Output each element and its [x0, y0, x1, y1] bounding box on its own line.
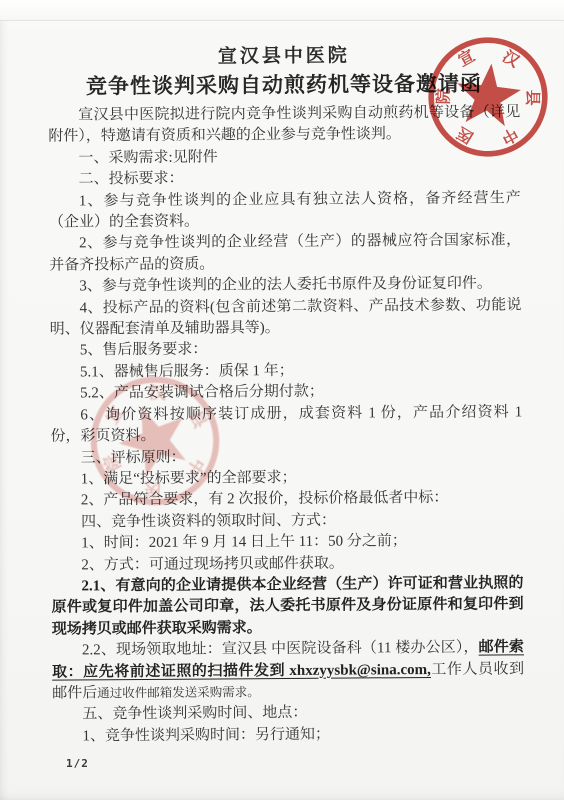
document-body: 宣汉县中医院拟进行院内竞争性谈判采购自动煎药机等设备（详见附件），特邀请有资质和… [48, 102, 524, 747]
document-subtitle: 竞争性谈判采购自动煎药机等设备邀请函 [48, 68, 520, 101]
scanned-page: 宣汉县中医院 竞争性谈判采购自动煎药机等设备邀请函 宣汉县中医院拟进行院内竞争性… [0, 0, 564, 800]
paragraph: 宣汉县中医院拟进行院内竞争性谈判采购自动煎药机等设备（详见附件），特邀请有资质和… [48, 102, 520, 148]
document: 宣汉县中医院 竞争性谈判采购自动煎药机等设备邀请函 宣汉县中医院拟进行院内竞争性… [0, 0, 564, 748]
text-run: 二、投标要求： [79, 171, 184, 188]
text-run: 通过收件邮箱发送采购需求。 [97, 685, 260, 700]
text-run: 5.2、产品安装调试合格后分期付款； [80, 384, 324, 402]
text-run: 一、采购需求:见附件 [78, 149, 217, 166]
text-run: 5.1、器械售后服务：质保 1 年； [80, 363, 294, 380]
paragraph: 1、竞争性谈判采购时间：另行通知； [52, 723, 524, 748]
text-run: 6、询价资料按顺序装订成册，成套资料 1 份，产品介绍资料 1 份，彩页资料。 [50, 404, 522, 445]
text-run: 五、竞争性谈判采购时间、地点： [82, 705, 307, 723]
paragraph: 2.1、有意向的企业请提供本企业经营（生产）许可证和营业执照的原件或复印件加盖公… [51, 573, 523, 641]
document-title: 宣汉县中医院 [48, 42, 520, 71]
paragraph: 6、询价资料按顺序装订成册，成套资料 1 份，产品介绍资料 1 份，彩页资料。 [50, 402, 522, 448]
text-run: 4、投标产品的资料(包含前述第二款资料、产品技术参数、功能说明、仪器配套清单及辅… [50, 297, 522, 338]
paragraph: 1、参与竞争性谈判的企业应具有独立法人资格，备齐经营生产（企业）的全套资料。 [49, 188, 521, 234]
text-run: 1、满足“投标要求”的全部要求； [81, 470, 297, 488]
text-run: 2、产品符合要求，有 2 次报价，投标价格最低者中标： [81, 490, 449, 509]
page-number: 1/2 [66, 757, 89, 770]
paragraph: 2.2、现场领取地址：宣汉县 中医院设备科（11 楼办公区），邮件索取：应先将前… [52, 637, 524, 705]
text-run: 3、参与竞争性谈判的企业的法人委托书原件及身份证复印件。 [79, 276, 492, 295]
text-run: 1、竞争性谈判采购时间：另行通知； [82, 726, 330, 744]
text-run: 2、参与竞争性谈判的企业经营（生产）的器械应符合国家标准，并备齐投标产品的资质。 [49, 233, 521, 274]
paragraph: 3、参与竞争性谈判的企业的法人委托书原件及身份证复印件。 [49, 274, 521, 299]
paragraph: 2、参与竞争性谈判的企业经营（生产）的器械应符合国家标准，并备齐投标产品的资质。 [49, 231, 521, 277]
text-run: 5、售后服务要求： [80, 342, 208, 359]
text-run: 2、方式：可通过现场拷贝或邮件获取。 [81, 555, 344, 573]
text-run: 1、时间：2021 年 9 月 14 日上午 11：50 分之前； [81, 533, 407, 551]
text-run: 2.1、有意向的企业请提供本企业经营（生产）许可证和营业执照的原件或复印件加盖公… [52, 575, 524, 637]
paragraph: 4、投标产品的资料(包含前述第二款资料、产品技术参数、功能说明、仪器配套清单及辅… [49, 295, 521, 341]
text-run: 四、竞争性谈资料的领取时间、方式： [81, 512, 336, 530]
text-run: 1、参与竞争性谈判的企业应具有独立法人资格，备齐经营生产（企业）的全套资料。 [49, 190, 521, 231]
text-run: 2.2、现场领取地址：宣汉县 中医院设备科（11 楼办公区）， [82, 640, 479, 659]
text-run: 三、评标原则： [81, 449, 186, 466]
text-run: 宣汉县中医院拟进行院内竞争性谈判采购自动煎药机等设备（详见附件），特邀请有资质和… [48, 104, 520, 145]
